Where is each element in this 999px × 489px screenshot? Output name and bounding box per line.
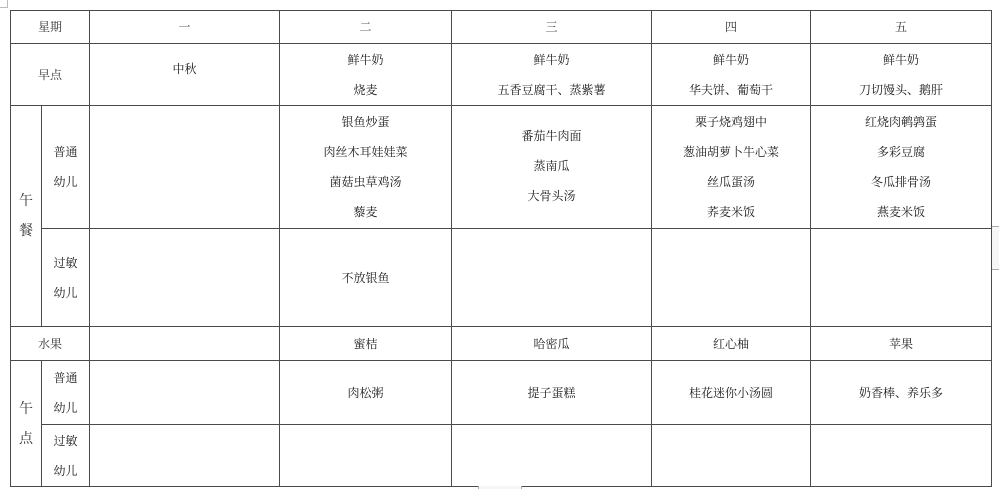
- snack-regular-cell-thu: 桂花迷你小汤圆: [652, 361, 811, 425]
- snack-regular-label: 普通 幼儿: [42, 361, 90, 425]
- label-line: 幼儿: [42, 456, 89, 486]
- lunch-label-char: 午: [19, 189, 33, 213]
- menu-item: 中秋: [90, 54, 279, 84]
- breakfast-cell-wed: 鲜牛奶 五香豆腐干、蒸紫薯: [452, 44, 652, 106]
- menu-item: 鲜牛奶: [811, 45, 991, 75]
- lunch-allergy-cell-wed: [452, 229, 652, 327]
- lunch-regular-cell-fri: 红烧肉鹌鹑蛋 多彩豆腐 冬瓜排骨汤 燕麦米饭: [811, 106, 992, 229]
- lunch-regular-cell-wed: 番茄牛肉面 蒸南瓜 大骨头汤: [452, 106, 652, 229]
- table-resize-handle-right[interactable]: [992, 226, 999, 270]
- label-line: 幼儿: [42, 167, 89, 197]
- label-line: 过敏: [42, 248, 89, 278]
- fruit-cell-wed: 哈密瓜: [452, 327, 652, 361]
- menu-item: 番茄牛肉面: [452, 121, 651, 151]
- lunch-allergy-cell-fri: [811, 229, 992, 327]
- lunch-regular-label: 普通 幼儿: [42, 106, 90, 229]
- lunch-allergy-label: 过敏 幼儿: [42, 229, 90, 327]
- day-header-fri: 五: [811, 11, 992, 44]
- snack-label-char: 午: [19, 397, 33, 421]
- fruit-cell-mon: [90, 327, 280, 361]
- breakfast-cell-fri: 鲜牛奶 刀切馒头、鹅肝: [811, 44, 992, 106]
- snack-regular-cell-wed: 提子蛋糕: [452, 361, 652, 425]
- menu-item: 鲜牛奶: [280, 45, 451, 75]
- menu-item: 银鱼炒蛋: [280, 107, 451, 137]
- menu-item: 栗子烧鸡翅中: [652, 107, 810, 137]
- snack-allergy-label: 过敏 幼儿: [42, 425, 90, 487]
- menu-item: 冬瓜排骨汤: [811, 167, 991, 197]
- breakfast-cell-mon: 中秋: [90, 44, 280, 106]
- snack-regular-row: 午 点 普通 幼儿 肉松粥 提子蛋糕 桂花迷你小汤圆 奶香棒、养乐多: [11, 361, 992, 425]
- snack-allergy-cell-tue: [280, 425, 452, 487]
- menu-item: 丝瓜蛋汤: [652, 167, 810, 197]
- menu-item: 多彩豆腐: [811, 137, 991, 167]
- menu-item: 藜麦: [280, 197, 451, 227]
- menu-item: 华夫饼、葡萄干: [652, 75, 810, 105]
- lunch-regular-cell-mon: [90, 106, 280, 229]
- menu-item: 燕麦米饭: [811, 197, 991, 227]
- snack-regular-cell-tue: 肉松粥: [280, 361, 452, 425]
- fruit-row: 水果 蜜桔 哈密瓜 红心柚 苹果: [11, 327, 992, 361]
- fruit-cell-tue: 蜜桔: [280, 327, 452, 361]
- document-corner-mark: [0, 0, 8, 8]
- snack-allergy-cell-wed: [452, 425, 652, 487]
- snack-regular-cell-mon: [90, 361, 280, 425]
- menu-item: 不放银鱼: [280, 263, 451, 293]
- snack-label-char: 点: [19, 427, 33, 451]
- snack-allergy-cell-thu: [652, 425, 811, 487]
- label-line: 普通: [42, 363, 89, 393]
- lunch-regular-cell-tue: 银鱼炒蛋 肉丝木耳娃娃菜 菌菇虫草鸡汤 藜麦: [280, 106, 452, 229]
- label-line: 幼儿: [42, 393, 89, 423]
- day-header-mon: 一: [90, 11, 280, 44]
- breakfast-label: 早点: [11, 44, 90, 106]
- menu-item: 蒸南瓜: [452, 151, 651, 181]
- weekly-menu-table: 星期 一 二 三 四 五 早点 中秋 鲜牛奶 烧麦 鲜牛奶 五香豆腐干、蒸紫薯 …: [10, 10, 992, 487]
- menu-item: 葱油胡萝卜牛心菜: [652, 137, 810, 167]
- fruit-cell-thu: 红心柚: [652, 327, 811, 361]
- lunch-regular-row: 午 餐 普通 幼儿 银鱼炒蛋 肉丝木耳娃娃菜 菌菇虫草鸡汤 藜麦 番茄牛肉面 蒸…: [11, 106, 992, 229]
- label-line: 普通: [42, 137, 89, 167]
- fruit-label: 水果: [11, 327, 90, 361]
- snack-allergy-cell-mon: [90, 425, 280, 487]
- snack-allergy-row: 过敏 幼儿: [11, 425, 992, 487]
- fruit-cell-fri: 苹果: [811, 327, 992, 361]
- menu-item: 五香豆腐干、蒸紫薯: [452, 75, 651, 105]
- breakfast-row: 早点 中秋 鲜牛奶 烧麦 鲜牛奶 五香豆腐干、蒸紫薯 鲜牛奶 华夫饼、葡萄干 鲜…: [11, 44, 992, 106]
- menu-item: 菌菇虫草鸡汤: [280, 167, 451, 197]
- menu-item: 肉丝木耳娃娃菜: [280, 137, 451, 167]
- lunch-allergy-cell-tue: 不放银鱼: [280, 229, 452, 327]
- menu-item: 红烧肉鹌鹑蛋: [811, 107, 991, 137]
- lunch-label: 午 餐: [11, 106, 42, 327]
- label-line: 幼儿: [42, 278, 89, 308]
- menu-item: 鲜牛奶: [652, 45, 810, 75]
- day-header-thu: 四: [652, 11, 811, 44]
- menu-item: 刀切馒头、鹅肝: [811, 75, 991, 105]
- snack-label: 午 点: [11, 361, 42, 487]
- breakfast-cell-tue: 鲜牛奶 烧麦: [280, 44, 452, 106]
- menu-item: 荞麦米饭: [652, 197, 810, 227]
- breakfast-cell-thu: 鲜牛奶 华夫饼、葡萄干: [652, 44, 811, 106]
- lunch-allergy-cell-thu: [652, 229, 811, 327]
- header-row: 星期 一 二 三 四 五: [11, 11, 992, 44]
- lunch-label-char: 餐: [19, 219, 33, 243]
- lunch-allergy-cell-mon: [90, 229, 280, 327]
- menu-item: 烧麦: [280, 75, 451, 105]
- label-line: 过敏: [42, 426, 89, 456]
- menu-item: 鲜牛奶: [452, 45, 651, 75]
- lunch-allergy-row: 过敏 幼儿 不放银鱼: [11, 229, 992, 327]
- lunch-regular-cell-thu: 栗子烧鸡翅中 葱油胡萝卜牛心菜 丝瓜蛋汤 荞麦米饭: [652, 106, 811, 229]
- day-header-wed: 三: [452, 11, 652, 44]
- weekday-label: 星期: [11, 11, 90, 44]
- snack-allergy-cell-fri: [811, 425, 992, 487]
- snack-regular-cell-fri: 奶香棒、养乐多: [811, 361, 992, 425]
- menu-item: 大骨头汤: [452, 181, 651, 211]
- day-header-tue: 二: [280, 11, 452, 44]
